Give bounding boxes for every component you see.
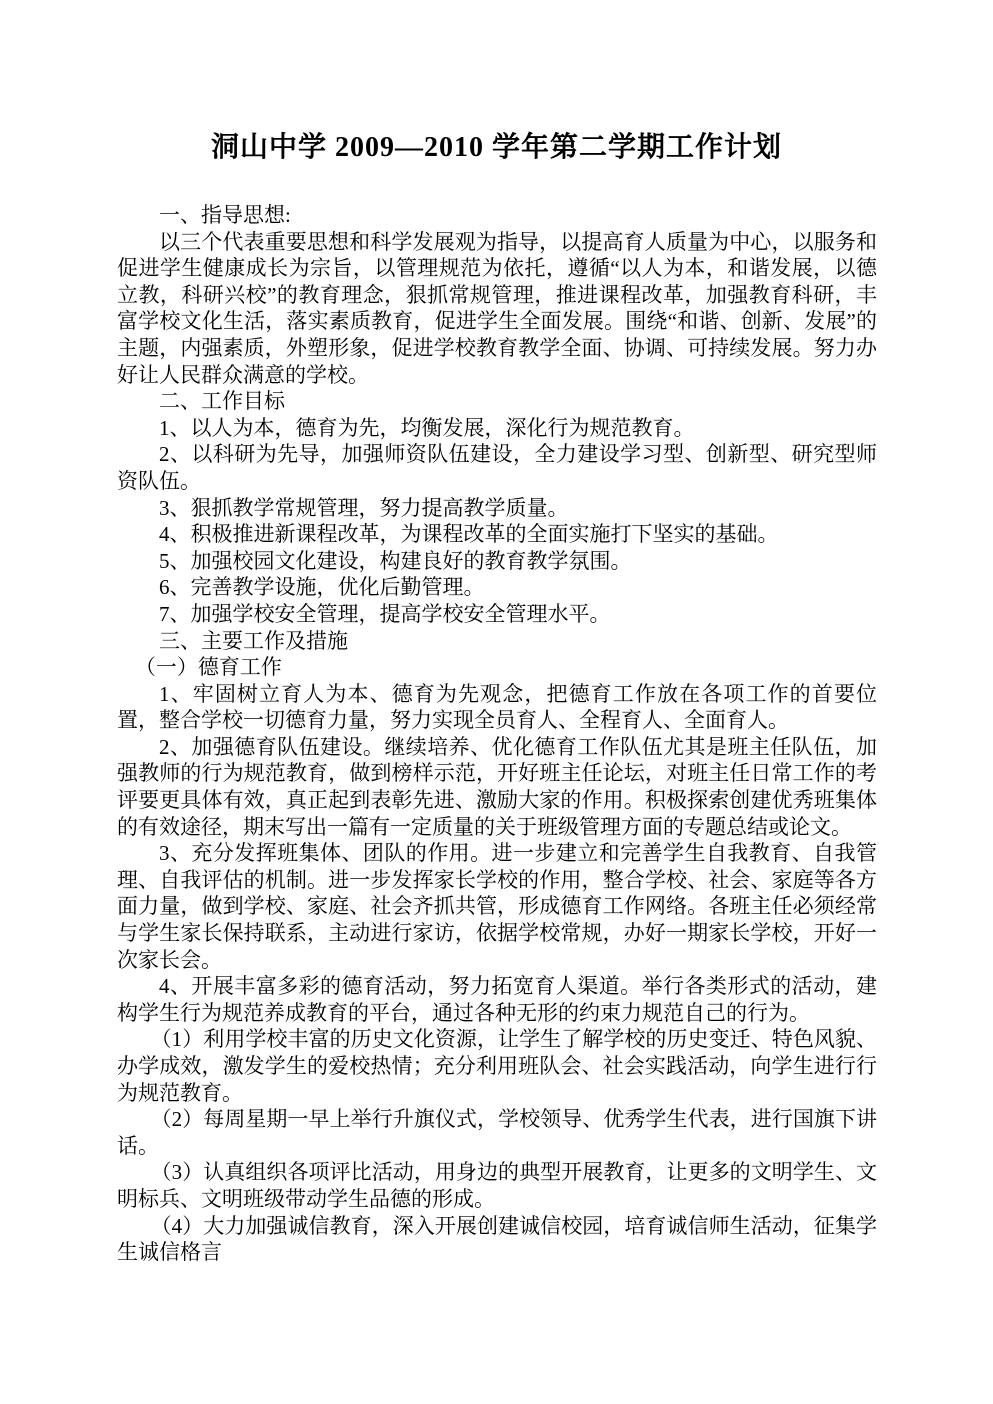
section-heading-main-work: 三、主要工作及措施 — [117, 628, 877, 655]
moral-education-item-1: 1、牢固树立育人为本、德育为先观念，把德育工作放在各项工作的首要位置，整合学校一… — [117, 681, 877, 734]
moral-activity-subitem-2: （2）每周星期一早上举行升旗仪式，学校领导、优秀学生代表，进行国旗下讲话。 — [117, 1106, 877, 1159]
paragraph-guiding-ideology: 以三个代表重要思想和科学发展观为指导，以提高育人质量为中心，以服务和促进学生健康… — [117, 229, 877, 389]
moral-activity-subitem-4: （4）大力加强诚信教育，深入开展创建诚信校园，培育诚信师生活动，征集学生诚信格言 — [117, 1213, 877, 1266]
goal-item-5: 5、加强校园文化建设，构建良好的教育教学氛围。 — [117, 548, 877, 575]
moral-education-item-3: 3、充分发挥班集体、团队的作用。进一步建立和完善学生自我教育、自我管理、自我评估… — [117, 840, 877, 973]
moral-education-item-2: 2、加强德育队伍建设。继续培养、优化德育工作队伍尤其是班主任队伍，加强教师的行为… — [117, 734, 877, 840]
document-body: 一、指导思想: 以三个代表重要思想和科学发展观为指导，以提高育人质量为中心，以服… — [117, 202, 877, 1266]
section-heading-work-goals: 二、工作目标 — [117, 388, 877, 415]
goal-item-3: 3、狠抓教学常规管理，努力提高教学质量。 — [117, 495, 877, 522]
moral-education-item-4: 4、开展丰富多彩的德育活动，努力拓宽育人渠道。举行各类形式的活动，建构学生行为规… — [117, 973, 877, 1026]
document-page: 洞山中学 2009—2010 学年第二学期工作计划 一、指导思想: 以三个代表重… — [0, 0, 993, 1404]
moral-activity-subitem-3: （3）认真组织各项评比活动，用身边的典型开展教育，让更多的文明学生、文明标兵、文… — [117, 1159, 877, 1212]
section-heading-guiding-ideology: 一、指导思想: — [117, 202, 877, 229]
goal-item-1: 1、以人为本，德育为先，均衡发展，深化行为规范教育。 — [117, 415, 877, 442]
subheading-moral-education: （一）德育工作 — [117, 654, 877, 681]
moral-activity-subitem-1: （1）利用学校丰富的历史文化资源，让学生了解学校的历史变迁、特色风貌、办学成效，… — [117, 1026, 877, 1106]
goal-item-4: 4、积极推进新课程改革，为课程改革的全面实施打下坚实的基础。 — [117, 521, 877, 548]
goal-item-7: 7、加强学校安全管理，提高学校安全管理水平。 — [117, 601, 877, 628]
goal-item-2: 2、以科研为先导，加强师资队伍建设，全力建设学习型、创新型、研究型师资队伍。 — [117, 441, 877, 494]
goal-item-6: 6、完善教学设施，优化后勤管理。 — [117, 574, 877, 601]
document-title: 洞山中学 2009—2010 学年第二学期工作计划 — [0, 0, 993, 166]
